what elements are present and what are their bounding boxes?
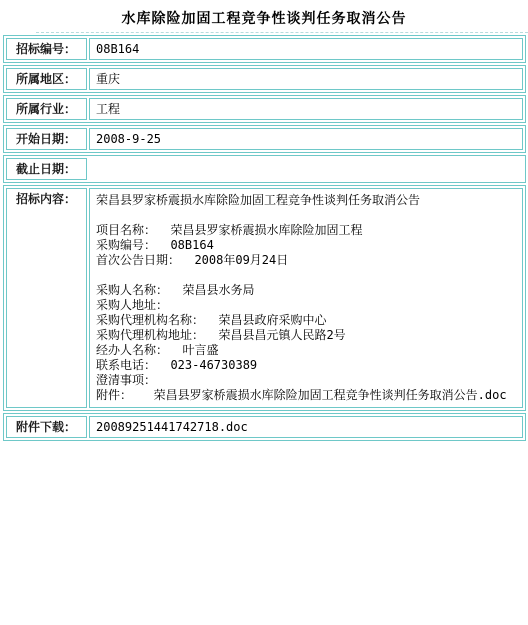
info-table: 招标编号： 08B164 所属地区： 重庆 所属行业： 工程 开始日期： 200… [3, 35, 526, 441]
row-industry: 所属行业： 工程 [3, 95, 526, 123]
dashed-divider [36, 32, 528, 33]
region-value: 重庆 [89, 68, 523, 90]
start-date-value: 2008-9-25 [89, 128, 523, 150]
industry-value: 工程 [89, 98, 523, 120]
region-label: 所属地区： [6, 68, 87, 90]
row-attachment-download: 附件下载： 20089251441742718.doc [3, 413, 526, 441]
page-title: 水库除险加固工程竞争性谈判任务取消公告 [0, 0, 528, 32]
row-end-date: 截止日期： [3, 155, 526, 183]
tender-number-value: 08B164 [89, 38, 523, 60]
row-tender-content: 招标内容： 荣昌县罗家桥震损水库除险加固工程竞争性谈判任务取消公告 项目名称： … [3, 185, 526, 411]
end-date-label: 截止日期： [6, 158, 87, 180]
tender-content-value: 荣昌县罗家桥震损水库除险加固工程竞争性谈判任务取消公告 项目名称： 荣昌县罗家桥… [89, 188, 523, 408]
row-tender-number: 招标编号： 08B164 [3, 35, 526, 63]
tender-content-label: 招标内容： [6, 188, 87, 408]
tender-number-label: 招标编号： [6, 38, 87, 60]
row-region: 所属地区： 重庆 [3, 65, 526, 93]
attachment-download-label: 附件下载： [6, 416, 87, 438]
industry-label: 所属行业： [6, 98, 87, 120]
tender-cancel-announcement-page: 水库除险加固工程竞争性谈判任务取消公告 招标编号： 08B164 所属地区： 重… [0, 0, 528, 625]
start-date-label: 开始日期： [6, 128, 87, 150]
end-date-value [89, 158, 523, 180]
attachment-download-link[interactable]: 20089251441742718.doc [89, 416, 523, 438]
row-start-date: 开始日期： 2008-9-25 [3, 125, 526, 153]
